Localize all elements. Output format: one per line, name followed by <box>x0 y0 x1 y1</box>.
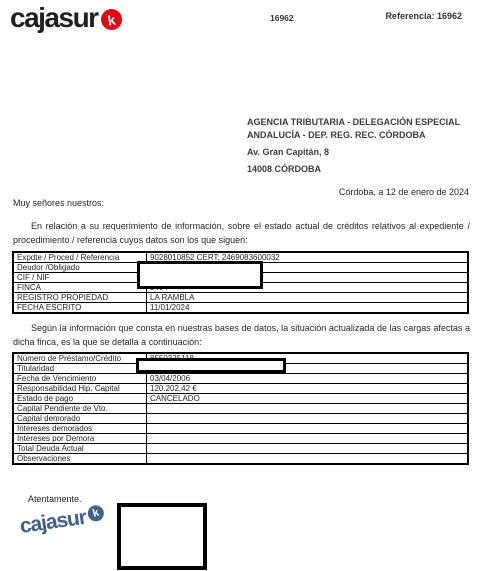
table-row: Fecha de Vencimiento 03/04/2006 <box>13 374 468 384</box>
row-label: Expdte / Proced / Referencia <box>13 252 147 263</box>
kutxabank-k-icon: k <box>99 8 123 32</box>
row-value <box>147 424 469 434</box>
row-value <box>147 414 469 424</box>
table-row: Capital demorado <box>13 414 468 424</box>
recipient-address: AGENCIA TRIBUTARIA - DELEGACIÓN ESPECIAL… <box>247 116 460 176</box>
row-label: Fecha de Vencimiento <box>13 374 147 384</box>
row-label: Intereses demorados <box>13 424 147 434</box>
table-row: Capital Pendiente de Vto. <box>13 404 468 414</box>
recipient-line-2: ANDALUCÍA - DEP. REG. REC. CÓRDOBA <box>247 129 460 142</box>
intro-paragraph: En relación a su requerimiento de inform… <box>13 220 470 247</box>
row-label: FINCA <box>13 283 147 293</box>
row-label: REGISTRO PROPIEDAD <box>13 293 147 303</box>
row-label: Titularidad <box>13 364 147 374</box>
table-row: Estado de pago CANCELADO <box>13 394 468 404</box>
row-label: Capital demorado <box>13 414 147 424</box>
row-label: FECHA ESCRITO <box>13 303 147 314</box>
row-label: Responsabilidad Hip. Capital <box>13 384 147 394</box>
row-value: CANCELADO <box>147 394 469 404</box>
row-label: Observaciones <box>13 454 147 465</box>
table-row: FECHA ESCRITO 11/01/2024 <box>13 303 468 314</box>
row-value: LA RAMBLA <box>147 293 469 303</box>
redaction-box-titularidad <box>136 358 286 373</box>
row-value <box>147 444 469 454</box>
date-line: Córdoba, a 12 de enero de 2024 <box>339 187 469 197</box>
recipient-city: 14008 CÓRDOBA <box>247 163 460 176</box>
row-value: 120.202,42 € <box>147 384 469 394</box>
salutation: Muy señores nuestros: <box>13 198 104 208</box>
table-row: Total Deuda Actual <box>13 444 468 454</box>
row-label: Total Deuda Actual <box>13 444 147 454</box>
row-value: 11/01/2024 <box>147 303 469 314</box>
cajasur-logo-text: cajasur <box>10 2 98 34</box>
redaction-box-deudor <box>137 261 263 289</box>
recipient-line-1: AGENCIA TRIBUTARIA - DELEGACIÓN ESPECIAL <box>247 116 460 129</box>
row-label: Número de Préstamo/Crédito <box>13 353 147 364</box>
recipient-street: Av. Gran Capitán, 8 <box>247 146 460 159</box>
row-label: Estado de pago <box>13 394 147 404</box>
row-label: CIF / NIF <box>13 273 147 283</box>
reference-number: Referencia: 16962 <box>385 11 462 21</box>
table-row: Observaciones <box>13 454 468 465</box>
row-value <box>147 404 469 414</box>
table-row: Intereses demorados <box>13 424 468 434</box>
row-value <box>147 434 469 444</box>
table-row: REGISTRO PROPIEDAD LA RAMBLA <box>13 293 468 303</box>
letter-page: cajasur k 16962 Referencia: 16962 AGENCI… <box>0 0 488 571</box>
row-label: Capital Pendiente de Vto. <box>13 404 147 414</box>
kutxabank-k-stamp-icon: k <box>86 503 106 523</box>
document-number: 16962 <box>270 13 294 23</box>
row-value <box>147 454 469 465</box>
row-label: Deudor /Obligado <box>13 263 147 273</box>
row-value: 03/04/2006 <box>147 374 469 384</box>
situation-paragraph: Según la información que consta en nuest… <box>13 322 470 349</box>
closing-line: Atentamente. <box>28 494 82 504</box>
cajasur-signature-stamp: cajasur k <box>18 503 105 539</box>
cajasur-logo: cajasur k <box>10 2 122 34</box>
cajasur-stamp-text: cajasur <box>18 506 87 539</box>
signature-redaction-box <box>117 503 207 570</box>
table-row: Intereses por Demora <box>13 434 468 444</box>
row-label: Intereses por Demora <box>13 434 147 444</box>
table-row: Responsabilidad Hip. Capital 120.202,42 … <box>13 384 468 394</box>
